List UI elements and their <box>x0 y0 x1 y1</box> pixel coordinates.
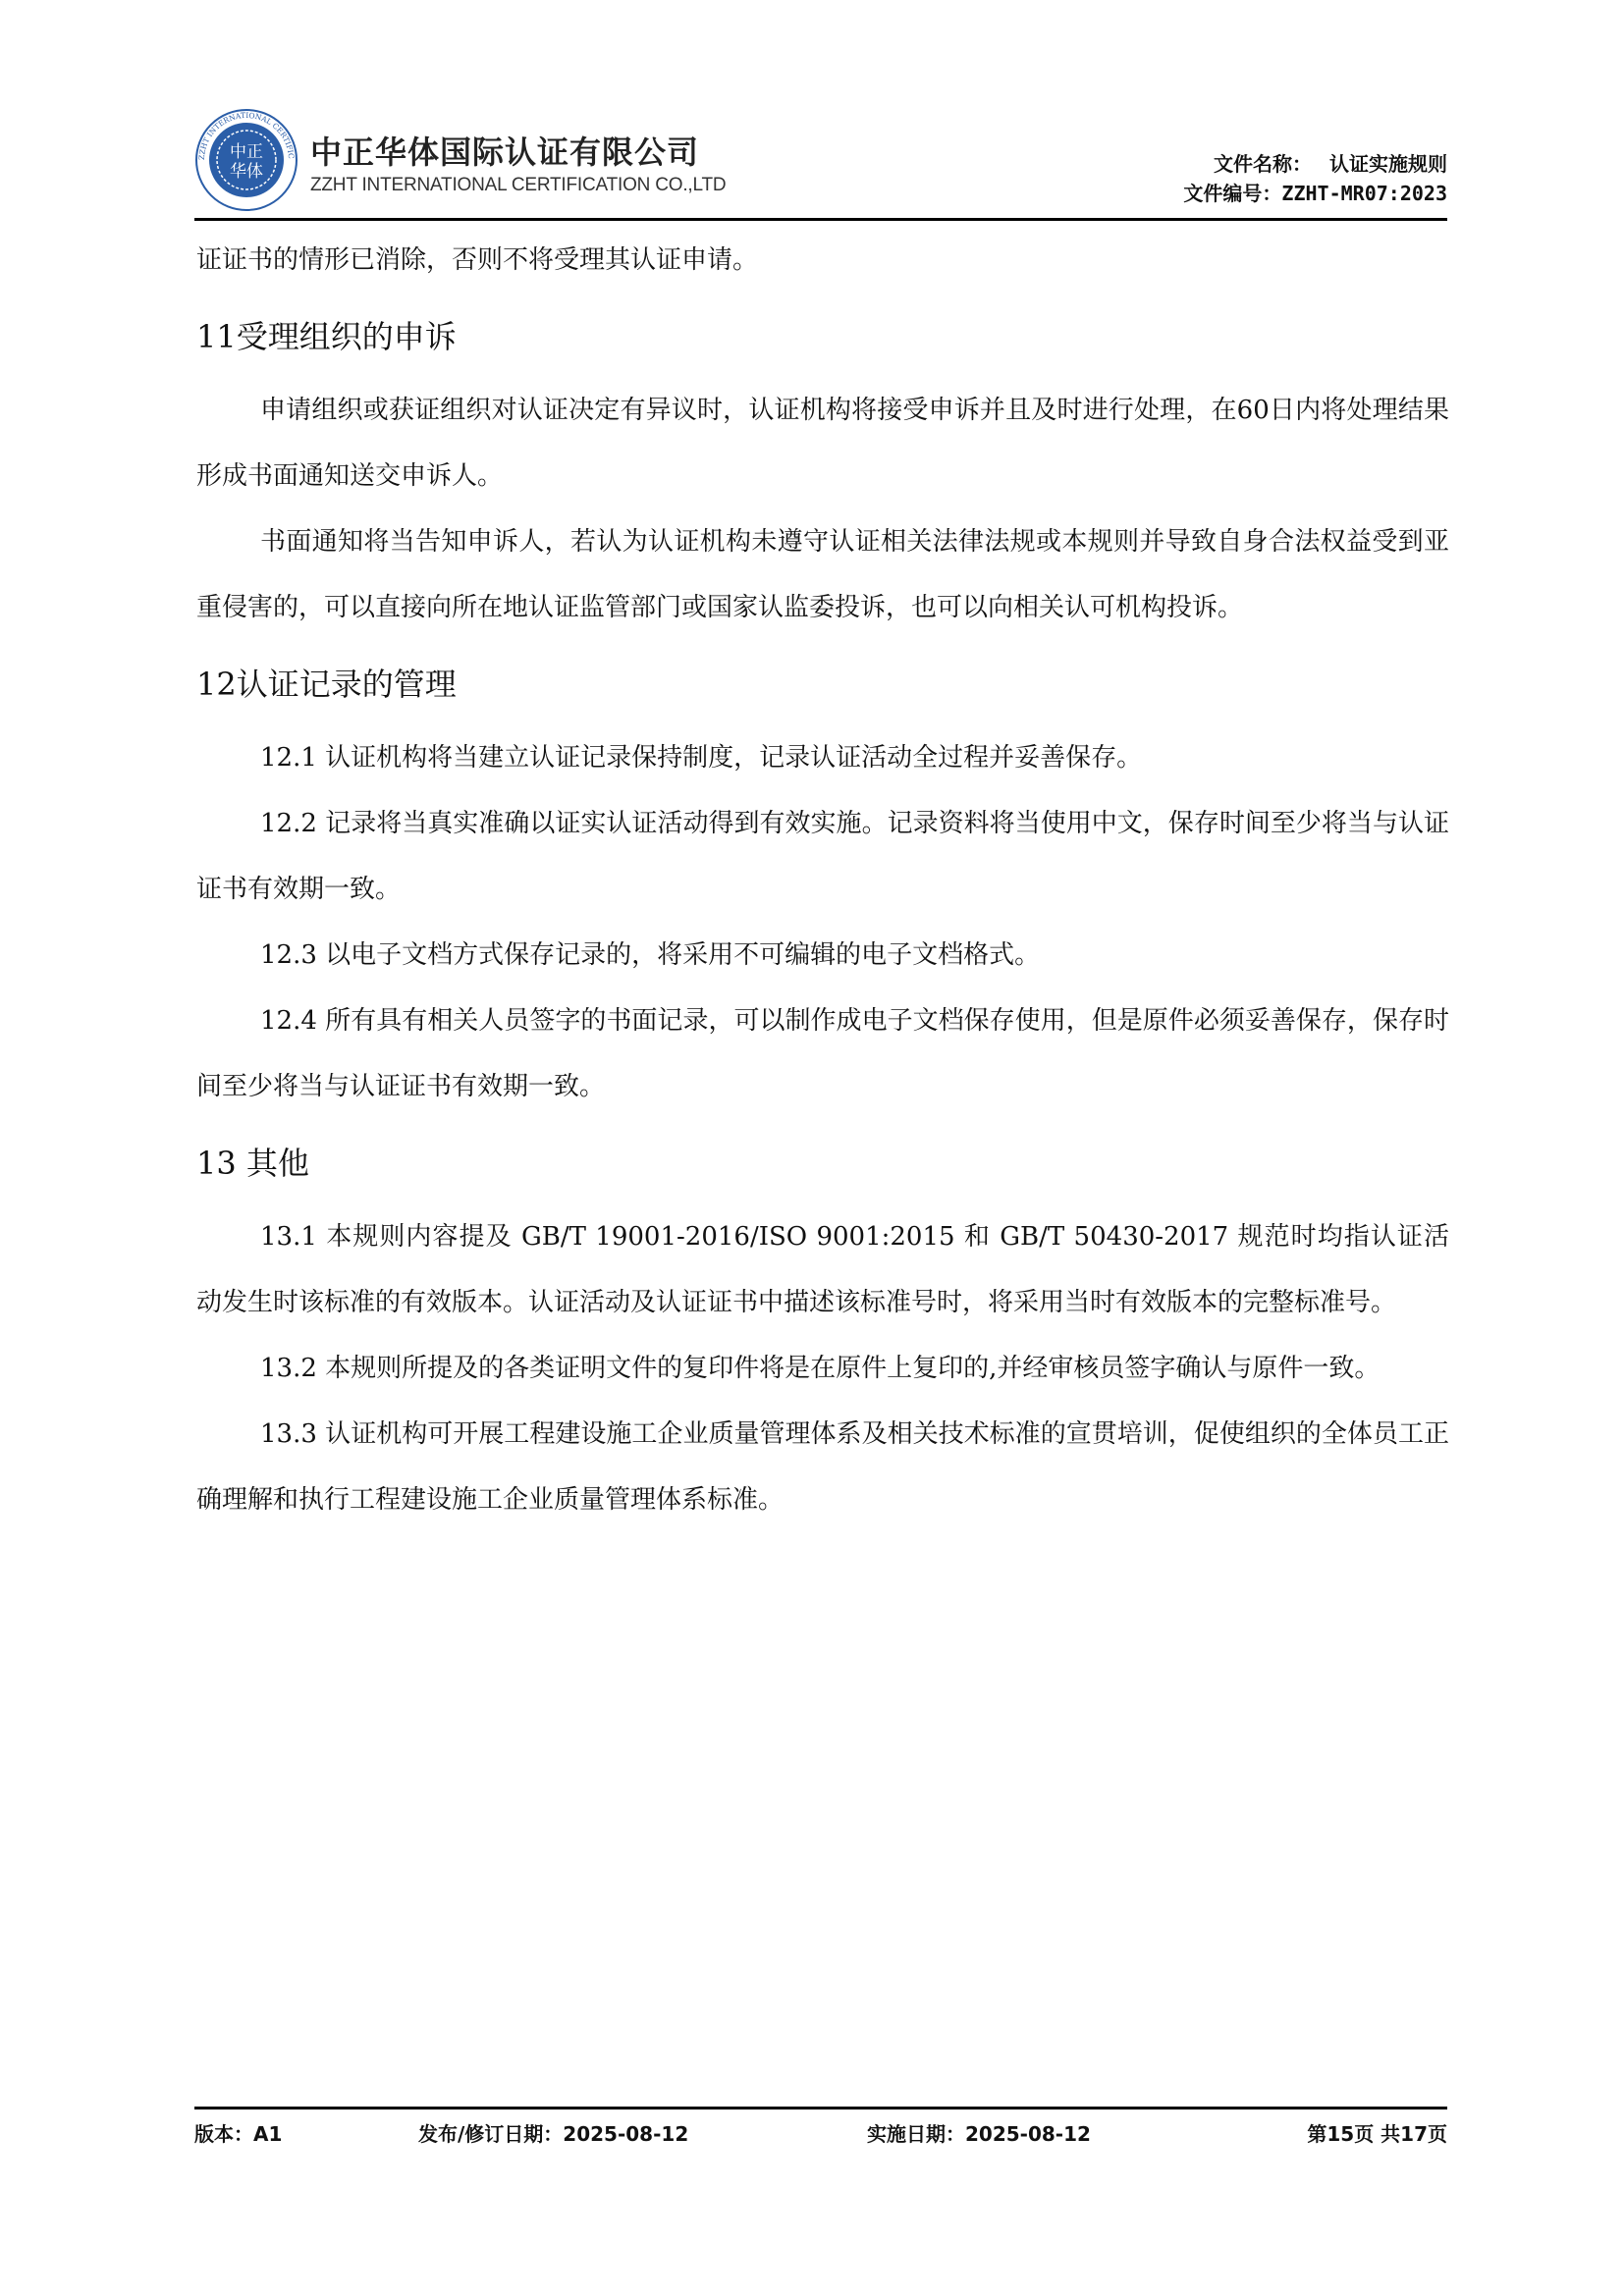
footer-effective-date: 实施日期：2025-08-12 <box>867 2118 1091 2147</box>
document-meta: 文件名称：认证实施规则 文件编号：ZZHT-MR07:2023 <box>1183 149 1447 208</box>
footer-page-number: 第15页 共17页 <box>1307 2118 1447 2147</box>
header-divider <box>194 218 1447 221</box>
section-heading-12: 12认证记录的管理 <box>196 649 1449 720</box>
paragraph: 13.3 认证机构可开展工程建设施工企业质量管理体系及相关技术标准的宣贯培训，促… <box>196 1402 1449 1533</box>
footer-divider <box>194 2107 1447 2109</box>
page-footer: 版本：A1 发布/修订日期：2025-08-12 实施日期：2025-08-12… <box>194 2118 1447 2148</box>
footer-version: 版本：A1 <box>194 2118 282 2147</box>
document-body: 证证书的情形已消除，否则不将受理其认证申请。 11受理组织的申诉 申请组织或获证… <box>196 228 1449 1533</box>
paragraph: 12.4 所有具有相关人员签字的书面记录，可以制作成电子文档保存使用，但是原件必… <box>196 988 1449 1120</box>
document-code-row: 文件编号：ZZHT-MR07:2023 <box>1183 179 1447 208</box>
document-name-label: 文件名称： <box>1214 152 1312 176</box>
document-code-label: 文件编号： <box>1183 182 1281 205</box>
document-name-row: 文件名称：认证实施规则 <box>1183 149 1447 179</box>
lead-paragraph: 证证书的情形已消除，否则不将受理其认证申请。 <box>196 228 1449 294</box>
paragraph: 12.1 认证机构将当建立认证记录保持制度，记录认证活动全过程并妥善保存。 <box>196 725 1449 791</box>
company-name-cn: 中正华体国际认证有限公司 <box>310 128 699 173</box>
paragraph: 12.2 记录将当真实准确以证实认证活动得到有效实施。记录资料将当使用中文，保存… <box>196 791 1449 923</box>
page-header: 中正 华体 ZZHT INTERNATIONAL CERTIFICATION C… <box>194 108 1447 218</box>
section-heading-11: 11受理组织的申诉 <box>196 301 1449 372</box>
paragraph: 13.2 本规则所提及的各类证明文件的复印件将是在原件上复印的,并经审核员签字确… <box>196 1336 1449 1402</box>
company-name-en: ZZHT INTERNATIONAL CERTIFICATION CO.,LTD <box>310 175 726 196</box>
paragraph: 12.3 以电子文档方式保存记录的，将采用不可编辑的电子文档格式。 <box>196 923 1449 988</box>
logo-text-line1: 中正 <box>230 142 263 162</box>
document-name-value: 认证实施规则 <box>1329 152 1447 176</box>
footer-issue-date: 发布/修订日期：2025-08-12 <box>418 2118 688 2147</box>
document-code-value: ZZHT-MR07:2023 <box>1281 182 1447 205</box>
company-logo-icon: 中正 华体 ZZHT INTERNATIONAL CERTIFICATION C… <box>194 108 298 212</box>
paragraph: 书面通知将当告知申诉人，若认为认证机构未遵守认证相关法律法规或本规则并导致自身合… <box>196 509 1449 641</box>
logo-text-line2: 华体 <box>230 162 263 182</box>
paragraph: 13.1 本规则内容提及 GB/T 19001-2016/ISO 9001:20… <box>196 1204 1449 1336</box>
section-heading-13: 13 其他 <box>196 1128 1449 1199</box>
paragraph: 申请组织或获证组织对认证决定有异议时，认证机构将接受申诉并且及时进行处理，在60… <box>196 378 1449 509</box>
